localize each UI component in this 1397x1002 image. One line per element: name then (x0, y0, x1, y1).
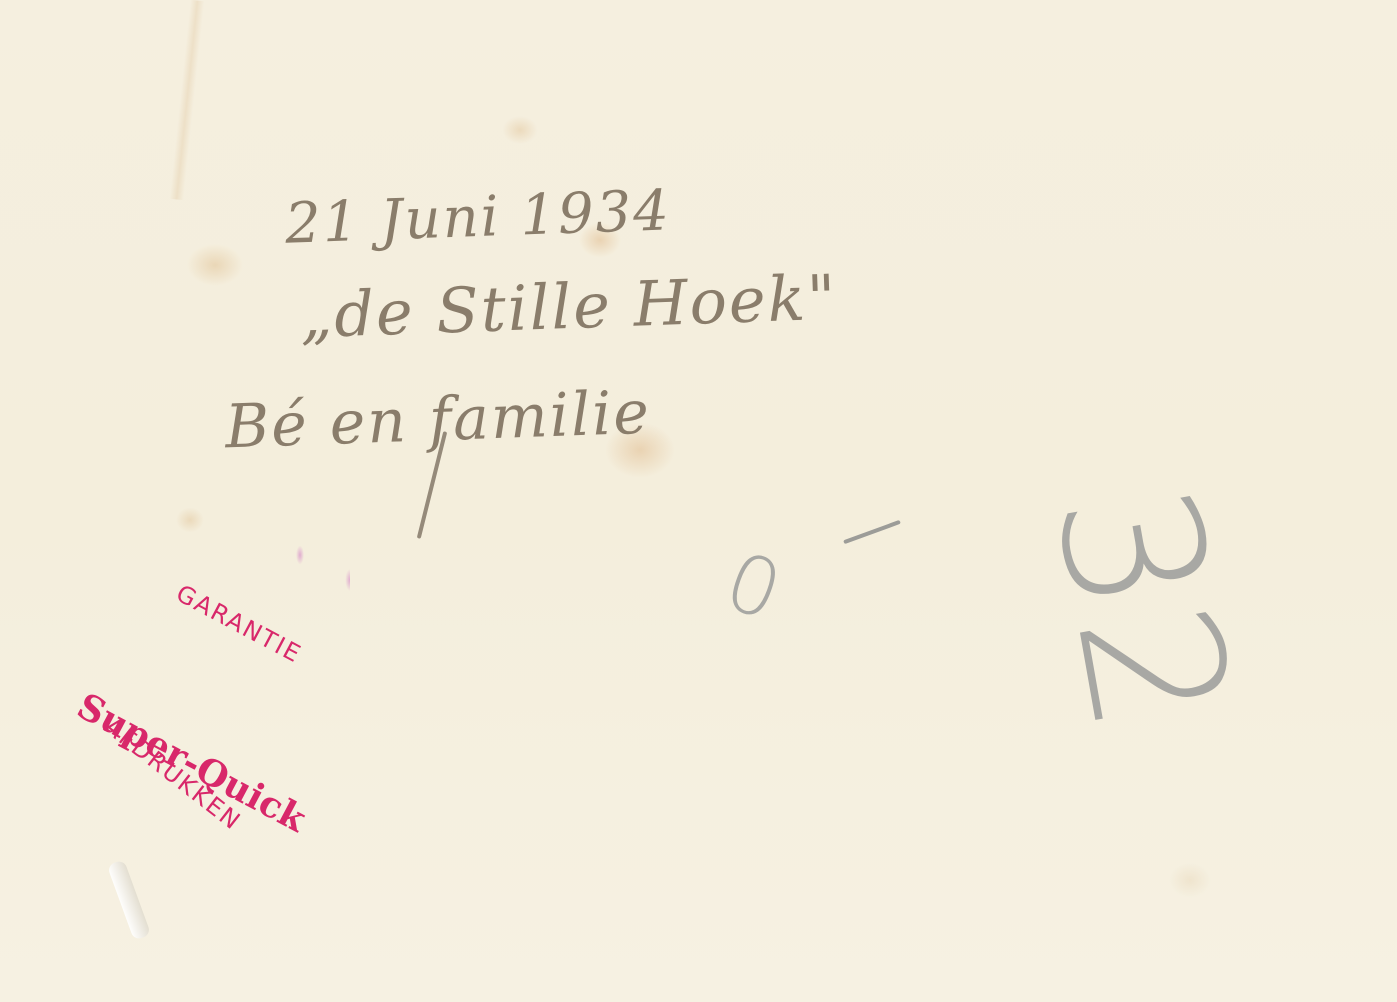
handwritten-date: 21 Juni 1934 (284, 178, 672, 256)
pencil-mark-zero: 0 (714, 534, 794, 639)
handwritten-place: „de Stille Hoek" (299, 261, 839, 353)
pencil-mark-dash (843, 520, 901, 544)
super-quick-stamp: GARANTIE Super-Quick AFDRUKKEN (70, 590, 370, 860)
stamp-brand-text: Super-Quick (70, 685, 312, 841)
stamp-ink-residue (250, 545, 350, 595)
paper-emboss-mark (107, 859, 151, 940)
pencil-number: 32 (1012, 470, 1272, 746)
photo-back-card: 21 Juni 1934 „de Stille Hoek" Bé en fami… (0, 0, 1397, 1002)
water-stain (170, 0, 205, 200)
stamp-top-text: GARANTIE (172, 579, 307, 669)
